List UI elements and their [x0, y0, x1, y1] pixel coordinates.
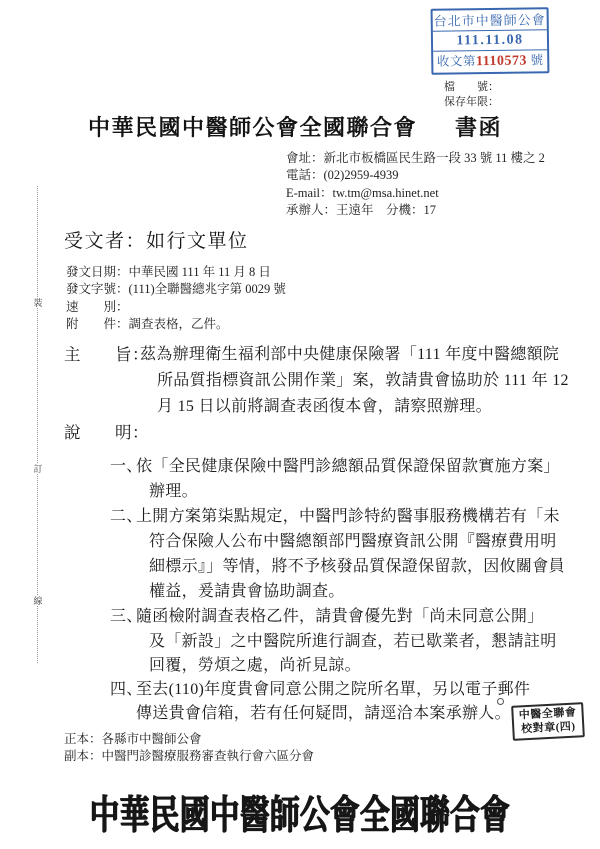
recipient-line: 受文者：如行文單位 — [64, 226, 249, 253]
received-stamp-org: 台北市中醫師公會 — [433, 9, 547, 32]
contact-handler: 承辦人：王遠年 分機：17 — [286, 202, 545, 219]
explanation-item-line: 三、隨函檢附調查表格乙件，請貴會優先對「尚未同意公開」 — [110, 603, 544, 626]
received-stamp-date: 111.11.08 — [433, 30, 547, 52]
retention-label: 保存年限： — [444, 95, 499, 110]
explanation-item-line: 四、至去(110)年度貴會同意公開之院所名單，另以電子郵件 — [110, 676, 530, 699]
item-number: 二、 — [110, 503, 136, 526]
explanation-item-line: 回覆，勞煩之處，尚祈見諒。 — [149, 652, 361, 675]
item-number: 一、 — [110, 453, 136, 476]
item-text: 至去(110)年度貴會同意公開之院所名單，另以電子郵件 — [136, 681, 530, 698]
received-stamp-number: 收文第1110573 號 — [433, 50, 547, 73]
original-copy-line: 正本：各縣市中醫師公會 — [64, 731, 314, 748]
item-number: 四、 — [110, 676, 136, 699]
issue-date: 發文日期：中華民國 111 年 11 月 8 日 — [66, 264, 286, 281]
explanation-item-line: 辦理。 — [149, 478, 198, 501]
item-text: 上開方案第柒點規定，中醫門診特約醫事服務機構若有「未 — [136, 508, 560, 525]
subject-line: 茲為辦理衛生福利部中央健康保險署「111 年度中醫總額院 — [140, 341, 559, 364]
subject-line: 月 15 日以前將調查表函復本會，請察照辦理。 — [157, 393, 492, 416]
organization-name: 中華民國中醫師公會全國聯合會 — [88, 115, 417, 140]
subject-line: 所品質指標資訊公開作業」案，敦請貴會協助於 111 年 12 — [157, 367, 569, 390]
stamp-dot — [497, 698, 504, 705]
contact-email: E-mail：tw.tm@msa.hinet.net — [286, 185, 545, 202]
document-type: 書函 — [455, 115, 502, 140]
file-number-label: 檔 號： — [444, 80, 499, 95]
received-stamp-number-suffix: 號 — [530, 53, 543, 67]
binding-char: 訂 — [32, 464, 44, 474]
subject-label: 主 旨： — [64, 341, 149, 365]
binding-char: 線 — [32, 596, 44, 606]
item-text: 隨函檢附調查表格乙件，請貴會優先對「尚未同意公開」 — [136, 608, 544, 625]
binding-line: 裝 訂 線 — [37, 186, 38, 663]
official-letter-page: 裝 訂 線 台北市中醫師公會 111.11.08 收文第1110573 號 檔 … — [0, 0, 600, 849]
contact-address: 會址：新北市板橋區民生路一段 33 號 11 樓之 2 — [286, 150, 545, 167]
proofread-stamp-line2: 校對章(四) — [515, 720, 582, 737]
copies-block: 正本：各縣市中醫師公會 副本：中醫門診醫療服務審查執行會六區分會 — [64, 731, 314, 766]
speed-class: 速 別： — [66, 299, 286, 316]
item-number: 三、 — [110, 603, 136, 626]
explanation-item-line: 權益，爰請貴會協助調查。 — [149, 578, 345, 601]
contact-phone: 電話：(02)2959-4939 — [286, 167, 545, 184]
explanation-item-line: 細標示』」等情，將不予核發品質保證保留款，因攸關會員 — [149, 553, 565, 576]
cc-copy-line: 副本：中醫門診醫療服務審查執行會六區分會 — [64, 748, 314, 765]
binding-char: 裝 — [32, 298, 44, 308]
explanation-item-line: 一、依「全民健康保險中醫門診總額品質保證保留款實施方案」 — [110, 453, 560, 476]
received-stamp-number-value: 1110573 — [476, 53, 527, 69]
explanation-item-line: 及「新設」之中醫院所進行調查，若已歇業者，懇請註明 — [149, 628, 557, 651]
explanation-item-line: 二、上開方案第柒點規定，中醫門診特約醫事服務機構若有「未 — [110, 503, 560, 526]
proofread-stamp: 中醫全聯會 校對章(四) — [511, 702, 585, 741]
explanation-item-line: 符合保險人公布中醫總額部門醫療資訊公開『醫療費用明 — [149, 528, 557, 551]
document-title: 中華民國中醫師公會全國聯合會書函 — [88, 111, 502, 142]
attachment: 附 件：調查表格，乙件。 — [66, 316, 286, 333]
issue-number: 發文字號：(111)全聯醫總兆字第 0029 號 — [66, 281, 286, 298]
organization-seal: 中華民國中醫師公會全國聯合會 — [66, 783, 534, 840]
meta-block: 發文日期：中華民國 111 年 11 月 8 日 發文字號：(111)全聯醫總兆… — [66, 264, 286, 334]
item-text: 依「全民健康保險中醫門診總額品質保證保留款實施方案」 — [136, 458, 560, 475]
explanation-label: 說 明： — [64, 419, 149, 443]
contact-block: 會址：新北市板橋區民生路一段 33 號 11 樓之 2 電話：(02)2959-… — [286, 150, 545, 220]
file-number-block: 檔 號： 保存年限： — [444, 80, 499, 110]
received-stamp-number-prefix: 收文第 — [437, 54, 476, 69]
explanation-item-line: 傳送貴會信箱，若有任何疑問，請逕洽本案承辦人。 — [136, 700, 511, 723]
received-stamp: 台北市中醫師公會 111.11.08 收文第1110573 號 — [431, 7, 550, 75]
